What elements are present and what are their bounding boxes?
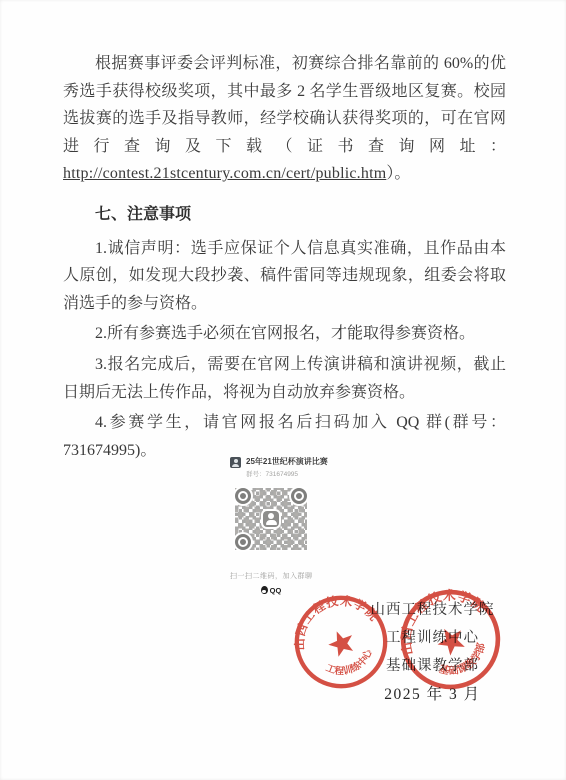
paragraph-awards-text: 根据赛事评委会评判标准，初赛综合排名靠前的 60%的优秀选手获得校级奖项，其中最… (63, 55, 506, 155)
qr-finder-top-left (235, 488, 251, 504)
qq-group-qr-code (234, 487, 308, 551)
qq-logo-label: QQ (270, 586, 282, 595)
stamp-star-icon (432, 622, 469, 658)
qq-group-card-titles: 25年21世纪杯演讲比赛 群号：731674995 (246, 456, 328, 478)
cert-query-url[interactable]: http://contest.21stcentury.com.cn/cert/p… (63, 165, 386, 182)
qq-group-title: 25年21世纪杯演讲比赛 (246, 456, 328, 467)
notice-item-3: 3.报名完成后，需要在官网上传演讲稿和演讲视频，截止日期后无法上传作品，将视为自… (63, 351, 506, 406)
qr-center-group-icon (263, 511, 279, 527)
document-scan: 根据赛事评委会评判标准，初赛综合排名靠前的 60%的优秀选手获得校级奖项，其中最… (0, 0, 566, 780)
qq-group-number: 群号：731674995 (246, 469, 328, 478)
stamp-star-icon (325, 627, 358, 659)
qq-group-card-header: 25年21世纪杯演讲比赛 群号：731674995 (230, 456, 350, 478)
qr-scan-hint: 扫一扫二维码，加入群聊 (230, 571, 312, 581)
section-heading-notes: 七、注意事项 (63, 201, 506, 229)
qr-finder-top-right (291, 488, 307, 504)
notice-item-1: 1.诚信声明：选手应保证个人信息真实准确，且作品由本人原创，如发现大段抄袭、稿件… (63, 235, 506, 318)
paragraph-awards: 根据赛事评委会评判标准，初赛综合排名靠前的 60%的优秀选手获得校级奖项，其中最… (63, 50, 506, 188)
stamp-ring-text: 山西工程技术学院 (380, 569, 491, 661)
qq-group-avatar-icon (230, 457, 241, 468)
svg-text:山西工程技术学院: 山西工程技术学院 (380, 569, 491, 661)
qr-finder-bottom-left (235, 534, 251, 550)
qq-logo: QQ (230, 586, 312, 595)
paragraph-awards-tail: ）。 (386, 165, 410, 182)
qq-group-card: 25年21世纪杯演讲比赛 群号：731674995 扫一扫二维码，加入群聊 QQ (230, 456, 350, 595)
notice-item-2: 2.所有参赛选手必须在官网报名，才能取得参赛资格。 (63, 320, 506, 348)
document-body: 根据赛事评委会评判标准，初赛综合排名靠前的 60%的优秀选手获得校级奖项，其中最… (63, 50, 506, 467)
qq-penguin-icon (261, 586, 268, 595)
